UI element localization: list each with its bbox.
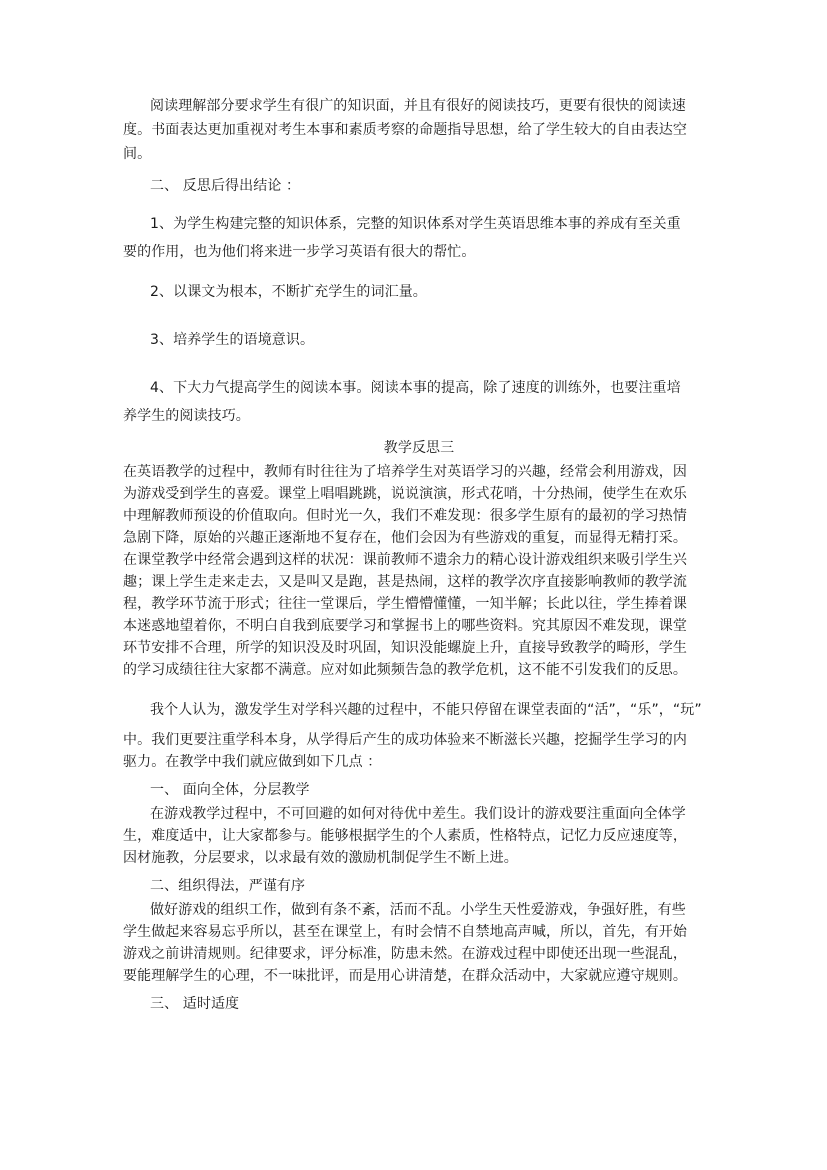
point-line: 4、下大力气提高学生的阅读本事。阅读本事的提高，除了速度的训练外，也要注重培: [150, 378, 681, 398]
paragraph-line: 急剧下降，原始的兴趣正逐渐地不复存在，他们会因为有些游戏的重复，而显得无精打采。: [123, 528, 687, 548]
point-line: 养学生的阅读技巧。: [123, 406, 250, 426]
paragraph-line: 为游戏受到学生的喜爱。课堂上唱唱跳跳，说说演演，形式花哨，十分热闹，使学生在欢乐: [123, 484, 687, 504]
item-heading: 三、 适时适度: [150, 994, 239, 1014]
point-line: 3、培养学生的语境意识。: [150, 330, 314, 350]
item-heading: 一、 面向全体，分层教学: [150, 780, 310, 800]
paragraph-line: 环节安排不合理，所学的知识没及时巩固，知识没能螺旋上升，直接导致教学的畸形，学生: [123, 638, 687, 658]
paragraph-line: 我个人认为，激发学生对学科兴趣的过程中，不能只停留在课堂表面的“活”，“乐”，“…: [150, 700, 702, 720]
item-line: 生，难度适中，让大家都参与。能够根据学生的个人素质，性格特点，记忆力反应速度等，: [123, 826, 687, 846]
paragraph-line: 中理解教师预设的价值取向。但时光一久，我们不难发现：很多学生原有的最初的学习热情: [123, 506, 687, 526]
item-line: 游戏之前讲清规则。纪律要求，评分标准，防患未然。在游戏过程中即使还出现一些混乱，: [123, 944, 687, 964]
paragraph-line: 中。我们更要注重学科本身，从学得后产生的成功体验来不断滋长兴趣，挖掘学生学习的内: [123, 730, 687, 750]
section-title: 教学反思三: [123, 438, 715, 458]
paragraph-line: 间。: [123, 144, 151, 164]
paragraph-line: 本迷惑地望着你，不明白自我到底要学习和掌握书上的哪些资料。究其原因不难发现，课堂: [123, 616, 687, 636]
paragraph-line: 阅读理解部分要求学生有很广的知识面，并且有很好的阅读技巧，更要有很快的阅读速: [150, 96, 686, 116]
point-line: 1、为学生构建完整的知识体系，完整的知识体系对学生英语思维本事的养成有至关重: [150, 214, 681, 234]
item-line: 学生做起来容易忘乎所以，甚至在课堂上，有时会情不自禁地高声喊，所以，首先，有开始: [123, 922, 687, 942]
point-line: 要的作用，也为他们将来进一步学习英语有很大的帮忙。: [123, 242, 476, 262]
item-line: 因材施教，分层要求，以求最有效的激励机制促学生不断上进。: [123, 848, 518, 868]
paragraph-line: 趣；课上学生走来走去，又是叫又是跑，甚是热闹，这样的教学次序直接影响教师的教学流: [123, 572, 687, 592]
item-line: 要能理解学生的心理，不一味批评，而是用心讲清楚，在群众活动中，大家就应遵守规则。: [123, 966, 687, 986]
paragraph-line: 驱力。在教学中我们就应做到如下几点 ：: [123, 752, 381, 772]
section-heading: 二、 反思后得出结论 ：: [150, 176, 300, 196]
point-line: 2、以课文为根本，不断扩充学生的词汇量。: [150, 282, 427, 302]
paragraph-line: 的学习成绩往往大家都不满意。应对如此频频告急的教学危机，这不能不引发我们的反思。: [123, 660, 687, 680]
item-line: 在游戏教学过程中，不可回避的如何对待优中差生。我们设计的游戏要注重面向全体学: [150, 804, 686, 824]
paragraph-line: 度。书面表达更加重视对考生本事和素质考察的命题指导思想，给了学生较大的自由表达空: [123, 120, 687, 140]
paragraph-line: 程，教学环节流于形式；往往一堂课后，学生懵懵懂懂，一知半解；长此以往，学生捧着课: [123, 594, 687, 614]
paragraph-line: 在英语教学的过程中，教师有时往往为了培养学生对英语学习的兴趣，经常会利用游戏，因: [123, 462, 687, 482]
item-heading: 二、组织得法，严谨有序: [150, 876, 305, 896]
paragraph-line: 在课堂教学中经常会遇到这样的状况：课前教师不遗余力的精心设计游戏组织来吸引学生兴: [123, 550, 687, 570]
item-line: 做好游戏的组织工作，做到有条不紊，活而不乱。小学生天性爱游戏，争强好胜，有些: [150, 900, 686, 920]
